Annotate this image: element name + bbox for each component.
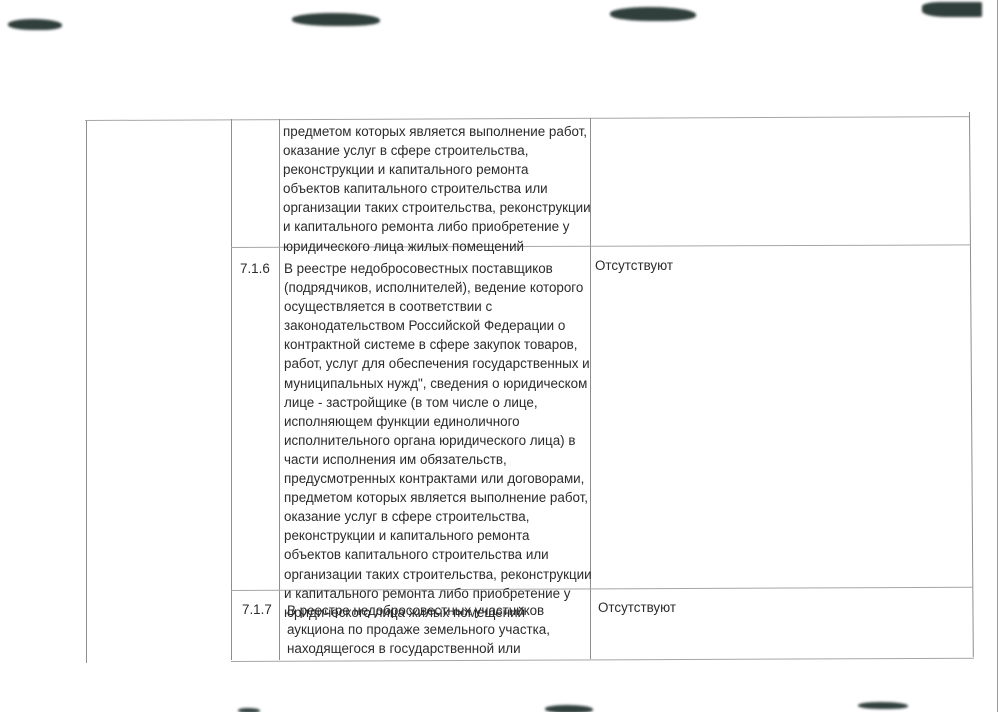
description-line: исполнительного органа юридического лица…	[284, 431, 592, 450]
description-line: осуществляется в соответствии с	[284, 297, 592, 316]
row-number-7-1-6: 7.1.6	[240, 261, 270, 276]
col-border-right	[969, 112, 974, 657]
scan-smudge-top-3	[610, 7, 696, 21]
scan-smudge-top-4	[922, 2, 982, 17]
description-line: объектов капитального строительства или	[284, 545, 592, 564]
description-line: оказание услуг в сфере строительства,	[284, 507, 592, 526]
description-line: муниципальных нужд", сведения о юридичес…	[284, 374, 592, 393]
description-line: законодательством Российской Федерации о	[284, 316, 592, 335]
page-edge	[997, 0, 998, 712]
description-line: объектов капитального строительства или	[283, 179, 591, 198]
col-border-section	[231, 119, 232, 660]
description-line: реконструкции и капитального ремонта	[283, 160, 591, 179]
description-line: и капитального ремонта либо приобретение…	[284, 584, 592, 603]
row-border-bottom	[231, 658, 974, 662]
description-line: находящегося в государственной или	[287, 639, 550, 658]
description-line: (подрядчиков, исполнителей), ведение кот…	[284, 278, 592, 297]
description-line: предусмотренных контрактами или договора…	[284, 469, 592, 488]
description-line: исполняющем функции единоличного	[284, 412, 592, 431]
description-line: части исполнения им обязательств,	[284, 450, 592, 469]
scan-smudge-bottom-1	[238, 708, 260, 712]
description-line: работ, услуг для обеспечения государстве…	[284, 354, 592, 373]
description-line: лице - застройщике (в том числе о лице,	[284, 393, 592, 412]
description-line: аукциона по продаже земельного участка,	[287, 620, 550, 639]
description-line: предметом которых является выполнение ра…	[284, 488, 592, 507]
row-continuation-description: предметом которых является выполнение ра…	[283, 122, 591, 256]
description-line: предметом которых является выполнение ра…	[283, 122, 591, 141]
col-border-number	[279, 119, 280, 660]
scan-smudge-top-1	[8, 19, 62, 30]
table-top-border	[85, 116, 969, 121]
scan-smudge-bottom-3	[858, 702, 908, 709]
description-line: реконструкции и капитального ремонта	[284, 526, 592, 545]
row-7-1-7-value: Отсутствуют	[598, 600, 676, 615]
description-line: контрактной системе в сфере закупок това…	[284, 335, 592, 354]
row-number-7-1-7: 7.1.7	[242, 602, 272, 617]
description-line: юридического лица жилых помещений	[283, 237, 591, 256]
description-line: и капитального ремонта либо приобретение…	[283, 217, 591, 236]
row-7-1-7-description: В реестре недобросовестных участниковаук…	[287, 601, 550, 658]
row-7-1-6-description: В реестре недобросовестных поставщиков(п…	[284, 259, 592, 622]
description-line: В реестре недобросовестных участников	[287, 601, 550, 620]
description-line: оказание услуг в сфере строительства,	[283, 141, 591, 160]
description-line: организации таких строительства, реконст…	[284, 565, 592, 584]
scan-smudge-top-2	[292, 13, 380, 26]
scan-smudge-bottom-2	[545, 705, 593, 712]
row-7-1-6-value: Отсутствуют	[595, 258, 673, 273]
description-line: организации таких строительства, реконст…	[283, 198, 591, 217]
description-line: В реестре недобросовестных поставщиков	[284, 259, 592, 278]
col-border-left	[86, 121, 87, 663]
